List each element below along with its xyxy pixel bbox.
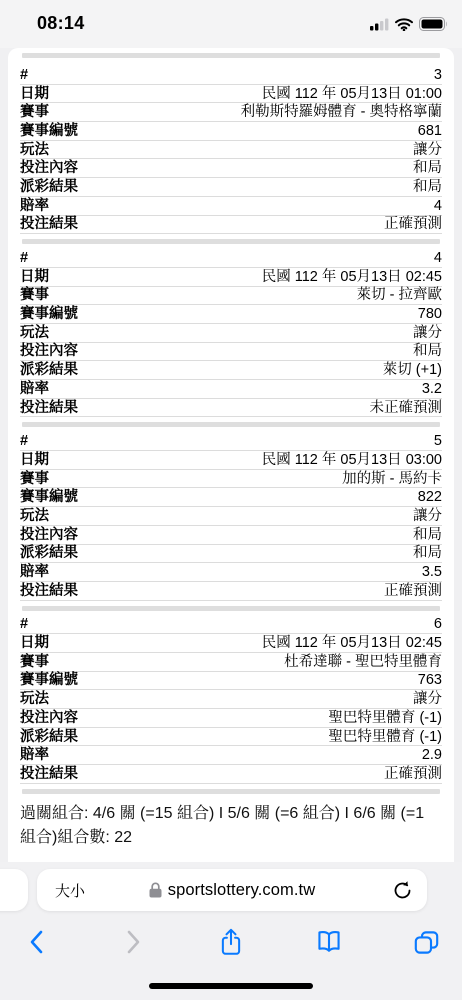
record-row: 投注內容和局 [20, 343, 442, 362]
row-label: 日期 [20, 451, 49, 469]
record-row: 日期民國 112 年 05月13日 01:00 [20, 85, 442, 104]
battery-icon [419, 17, 448, 31]
row-value: 和局 [413, 159, 442, 177]
record-row: 投注結果正確預測 [20, 765, 442, 784]
share-button[interactable] [216, 927, 246, 957]
tabs-button[interactable] [411, 927, 441, 957]
row-label: 日期 [20, 85, 49, 103]
record-row: 賽事利勒斯特羅姆體育 - 奧特格寧蘭 [20, 103, 442, 122]
url-group: sportslottery.com.tw [37, 881, 427, 900]
row-label: 派彩結果 [20, 178, 78, 196]
row-value: 萊切 - 拉齊歐 [357, 286, 442, 304]
record-row: 投注內容聖巴特里體育 (-1) [20, 709, 442, 728]
bet-record: #6日期民國 112 年 05月13日 02:45賽事杜希達聯 - 聖巴特里體育… [20, 616, 442, 784]
forward-button[interactable] [119, 927, 149, 957]
row-value: 聖巴特里體育 (-1) [328, 709, 442, 727]
row-label: 日期 [20, 268, 49, 286]
row-value: 和局 [413, 526, 442, 544]
record-row: 賠率3.5 [20, 563, 442, 582]
row-value: 和局 [413, 178, 442, 196]
record-separator [22, 239, 440, 244]
row-value: 3.2 [422, 380, 442, 398]
row-label: 賽事編號 [20, 122, 78, 140]
row-label: 賽事編號 [20, 305, 78, 323]
record-separator [22, 422, 440, 427]
row-value: 杜希達聯 - 聖巴特里體育 [284, 653, 442, 671]
back-button[interactable] [21, 927, 51, 957]
record-row: 派彩結果聖巴特里體育 (-1) [20, 728, 442, 747]
record-row: 日期民國 112 年 05月13日 02:45 [20, 634, 442, 653]
row-label: 投注內容 [20, 342, 78, 360]
row-label: 賽事 [20, 470, 49, 488]
row-value: 利勒斯特羅姆體育 - 奧特格寧蘭 [241, 103, 442, 121]
row-label: 賽事編號 [20, 671, 78, 689]
row-label: 日期 [20, 634, 49, 652]
record-row: 投注結果正確預測 [20, 582, 442, 601]
record-row: 投注結果未正確預測 [20, 399, 442, 418]
row-label: 派彩結果 [20, 728, 78, 746]
tabs-icon [413, 929, 440, 956]
row-value: 681 [418, 122, 442, 140]
record-row: #6 [20, 616, 442, 635]
row-value: 聖巴特里體育 (-1) [328, 728, 442, 746]
record-separator [22, 606, 440, 611]
cellular-signal-icon [370, 18, 389, 31]
row-label: 投注內容 [20, 159, 78, 177]
row-label: # [20, 615, 28, 633]
row-label: 投注結果 [20, 765, 78, 783]
url-label: sportslottery.com.tw [168, 881, 315, 900]
row-label: 投注結果 [20, 215, 78, 233]
share-icon [218, 927, 244, 957]
row-label: 投注內容 [20, 526, 78, 544]
record-row: 賠率2.9 [20, 746, 442, 765]
row-value: 萊切 (+1) [383, 361, 442, 379]
home-indicator[interactable] [149, 983, 313, 989]
address-bar[interactable]: 大小 sportslottery.com.tw [37, 869, 427, 911]
row-value: 4 [434, 197, 442, 215]
row-label: 玩法 [20, 690, 49, 708]
row-label: 投注內容 [20, 709, 78, 727]
record-row: 投注結果正確預測 [20, 216, 442, 235]
row-label: 賽事 [20, 103, 49, 121]
bet-record: #5日期民國 112 年 05月13日 03:00賽事加的斯 - 馬約卡賽事編號… [20, 432, 442, 600]
chevron-right-icon [127, 930, 141, 954]
row-value: 正確預測 [384, 765, 442, 783]
parlay-summary-text: 過關組合: 4/6 關 (=15 組合) I 5/6 關 (=6 組合) I 6… [20, 802, 442, 850]
row-value: 讓分 [413, 690, 442, 708]
record-row: 賽事萊切 - 拉齊歐 [20, 287, 442, 306]
row-label: 玩法 [20, 507, 49, 525]
row-value: 民國 112 年 05月13日 02:45 [262, 634, 442, 652]
record-row: 派彩結果和局 [20, 545, 442, 564]
row-label: # [20, 432, 28, 450]
row-value: 5 [434, 432, 442, 450]
row-value: 民國 112 年 05月13日 02:45 [262, 268, 442, 286]
record-row: 賽事編號763 [20, 672, 442, 691]
reload-button[interactable] [392, 880, 413, 901]
safari-toolbar [0, 925, 462, 959]
row-label: 賽事 [20, 653, 49, 671]
record-row: 玩法讓分 [20, 324, 442, 343]
record-row: 投注內容和局 [20, 159, 442, 178]
record-row: 賽事編號822 [20, 488, 442, 507]
row-label: 投注結果 [20, 582, 78, 600]
record-row: 派彩結果萊切 (+1) [20, 361, 442, 380]
row-value: 763 [418, 671, 442, 689]
row-value: 和局 [413, 544, 442, 562]
row-label: 玩法 [20, 324, 49, 342]
row-value: 民國 112 年 05月13日 01:00 [262, 85, 442, 103]
chevron-left-icon [29, 930, 43, 954]
wifi-icon [395, 18, 413, 31]
row-value: 2.9 [422, 746, 442, 764]
record-row: 賽事編號681 [20, 122, 442, 141]
safari-bottom-bar: 大小 sportslottery.com.tw [0, 862, 462, 1000]
record-row: 玩法讓分 [20, 507, 442, 526]
record-row: #3 [20, 66, 442, 85]
row-value: 讓分 [413, 141, 442, 159]
row-label: 玩法 [20, 141, 49, 159]
web-page-content: #3日期民國 112 年 05月13日 01:00賽事利勒斯特羅姆體育 - 奧特… [8, 48, 454, 862]
row-value: 822 [418, 488, 442, 506]
status-icons [370, 17, 448, 31]
row-value: 4 [434, 249, 442, 267]
record-row: #5 [20, 432, 442, 451]
record-row: 日期民國 112 年 05月13日 03:00 [20, 451, 442, 470]
row-label: 賠率 [20, 380, 49, 398]
bet-records-list: #3日期民國 112 年 05月13日 01:00賽事利勒斯特羅姆體育 - 奧特… [20, 66, 442, 794]
row-value: 和局 [413, 342, 442, 360]
record-row: 賽事編號780 [20, 305, 442, 324]
row-label: 賽事 [20, 286, 49, 304]
record-row: 投注內容和局 [20, 526, 442, 545]
bet-record: #4日期民國 112 年 05月13日 02:45賽事萊切 - 拉齊歐賽事編號7… [20, 249, 442, 417]
adjacent-tab-peek[interactable] [0, 869, 28, 911]
status-bar: 08:14 [0, 0, 462, 48]
row-value: 3.5 [422, 563, 442, 581]
row-value: 780 [418, 305, 442, 323]
record-row: #4 [20, 249, 442, 268]
record-row: 派彩結果和局 [20, 178, 442, 197]
record-row: 玩法讓分 [20, 690, 442, 709]
row-label: # [20, 249, 28, 267]
record-row: 賽事杜希達聯 - 聖巴特里體育 [20, 653, 442, 672]
row-value: 6 [434, 615, 442, 633]
row-value: 民國 112 年 05月13日 03:00 [262, 451, 442, 469]
record-row: 賽事加的斯 - 馬約卡 [20, 470, 442, 489]
row-label: 投注結果 [20, 399, 78, 417]
record-row: 賠率3.2 [20, 380, 442, 399]
row-label: 賠率 [20, 563, 49, 581]
record-separator [22, 789, 440, 794]
row-value: 未正確預測 [370, 399, 443, 417]
bookmarks-button[interactable] [314, 927, 344, 957]
row-label: 賽事編號 [20, 488, 78, 506]
open-book-icon [315, 929, 343, 955]
row-label: 賠率 [20, 746, 49, 764]
row-label: 賠率 [20, 197, 49, 215]
row-label: 派彩結果 [20, 361, 78, 379]
row-value: 正確預測 [384, 215, 442, 233]
reload-icon [392, 880, 413, 901]
row-value: 讓分 [413, 324, 442, 342]
row-label: 派彩結果 [20, 544, 78, 562]
lock-icon [149, 882, 162, 898]
record-row: 玩法讓分 [20, 141, 442, 160]
row-value: 正確預測 [384, 582, 442, 600]
row-value: 3 [434, 66, 442, 84]
record-row: 賠率4 [20, 197, 442, 216]
row-value: 讓分 [413, 507, 442, 525]
status-time: 08:14 [37, 13, 85, 34]
row-label: # [20, 66, 28, 84]
page-settings-button[interactable]: 大小 [55, 880, 85, 901]
row-value: 加的斯 - 馬約卡 [342, 470, 442, 488]
record-row: 日期民國 112 年 05月13日 02:45 [20, 268, 442, 287]
bet-record: #3日期民國 112 年 05月13日 01:00賽事利勒斯特羅姆體育 - 奧特… [20, 66, 442, 234]
record-separator-partial [22, 53, 440, 58]
